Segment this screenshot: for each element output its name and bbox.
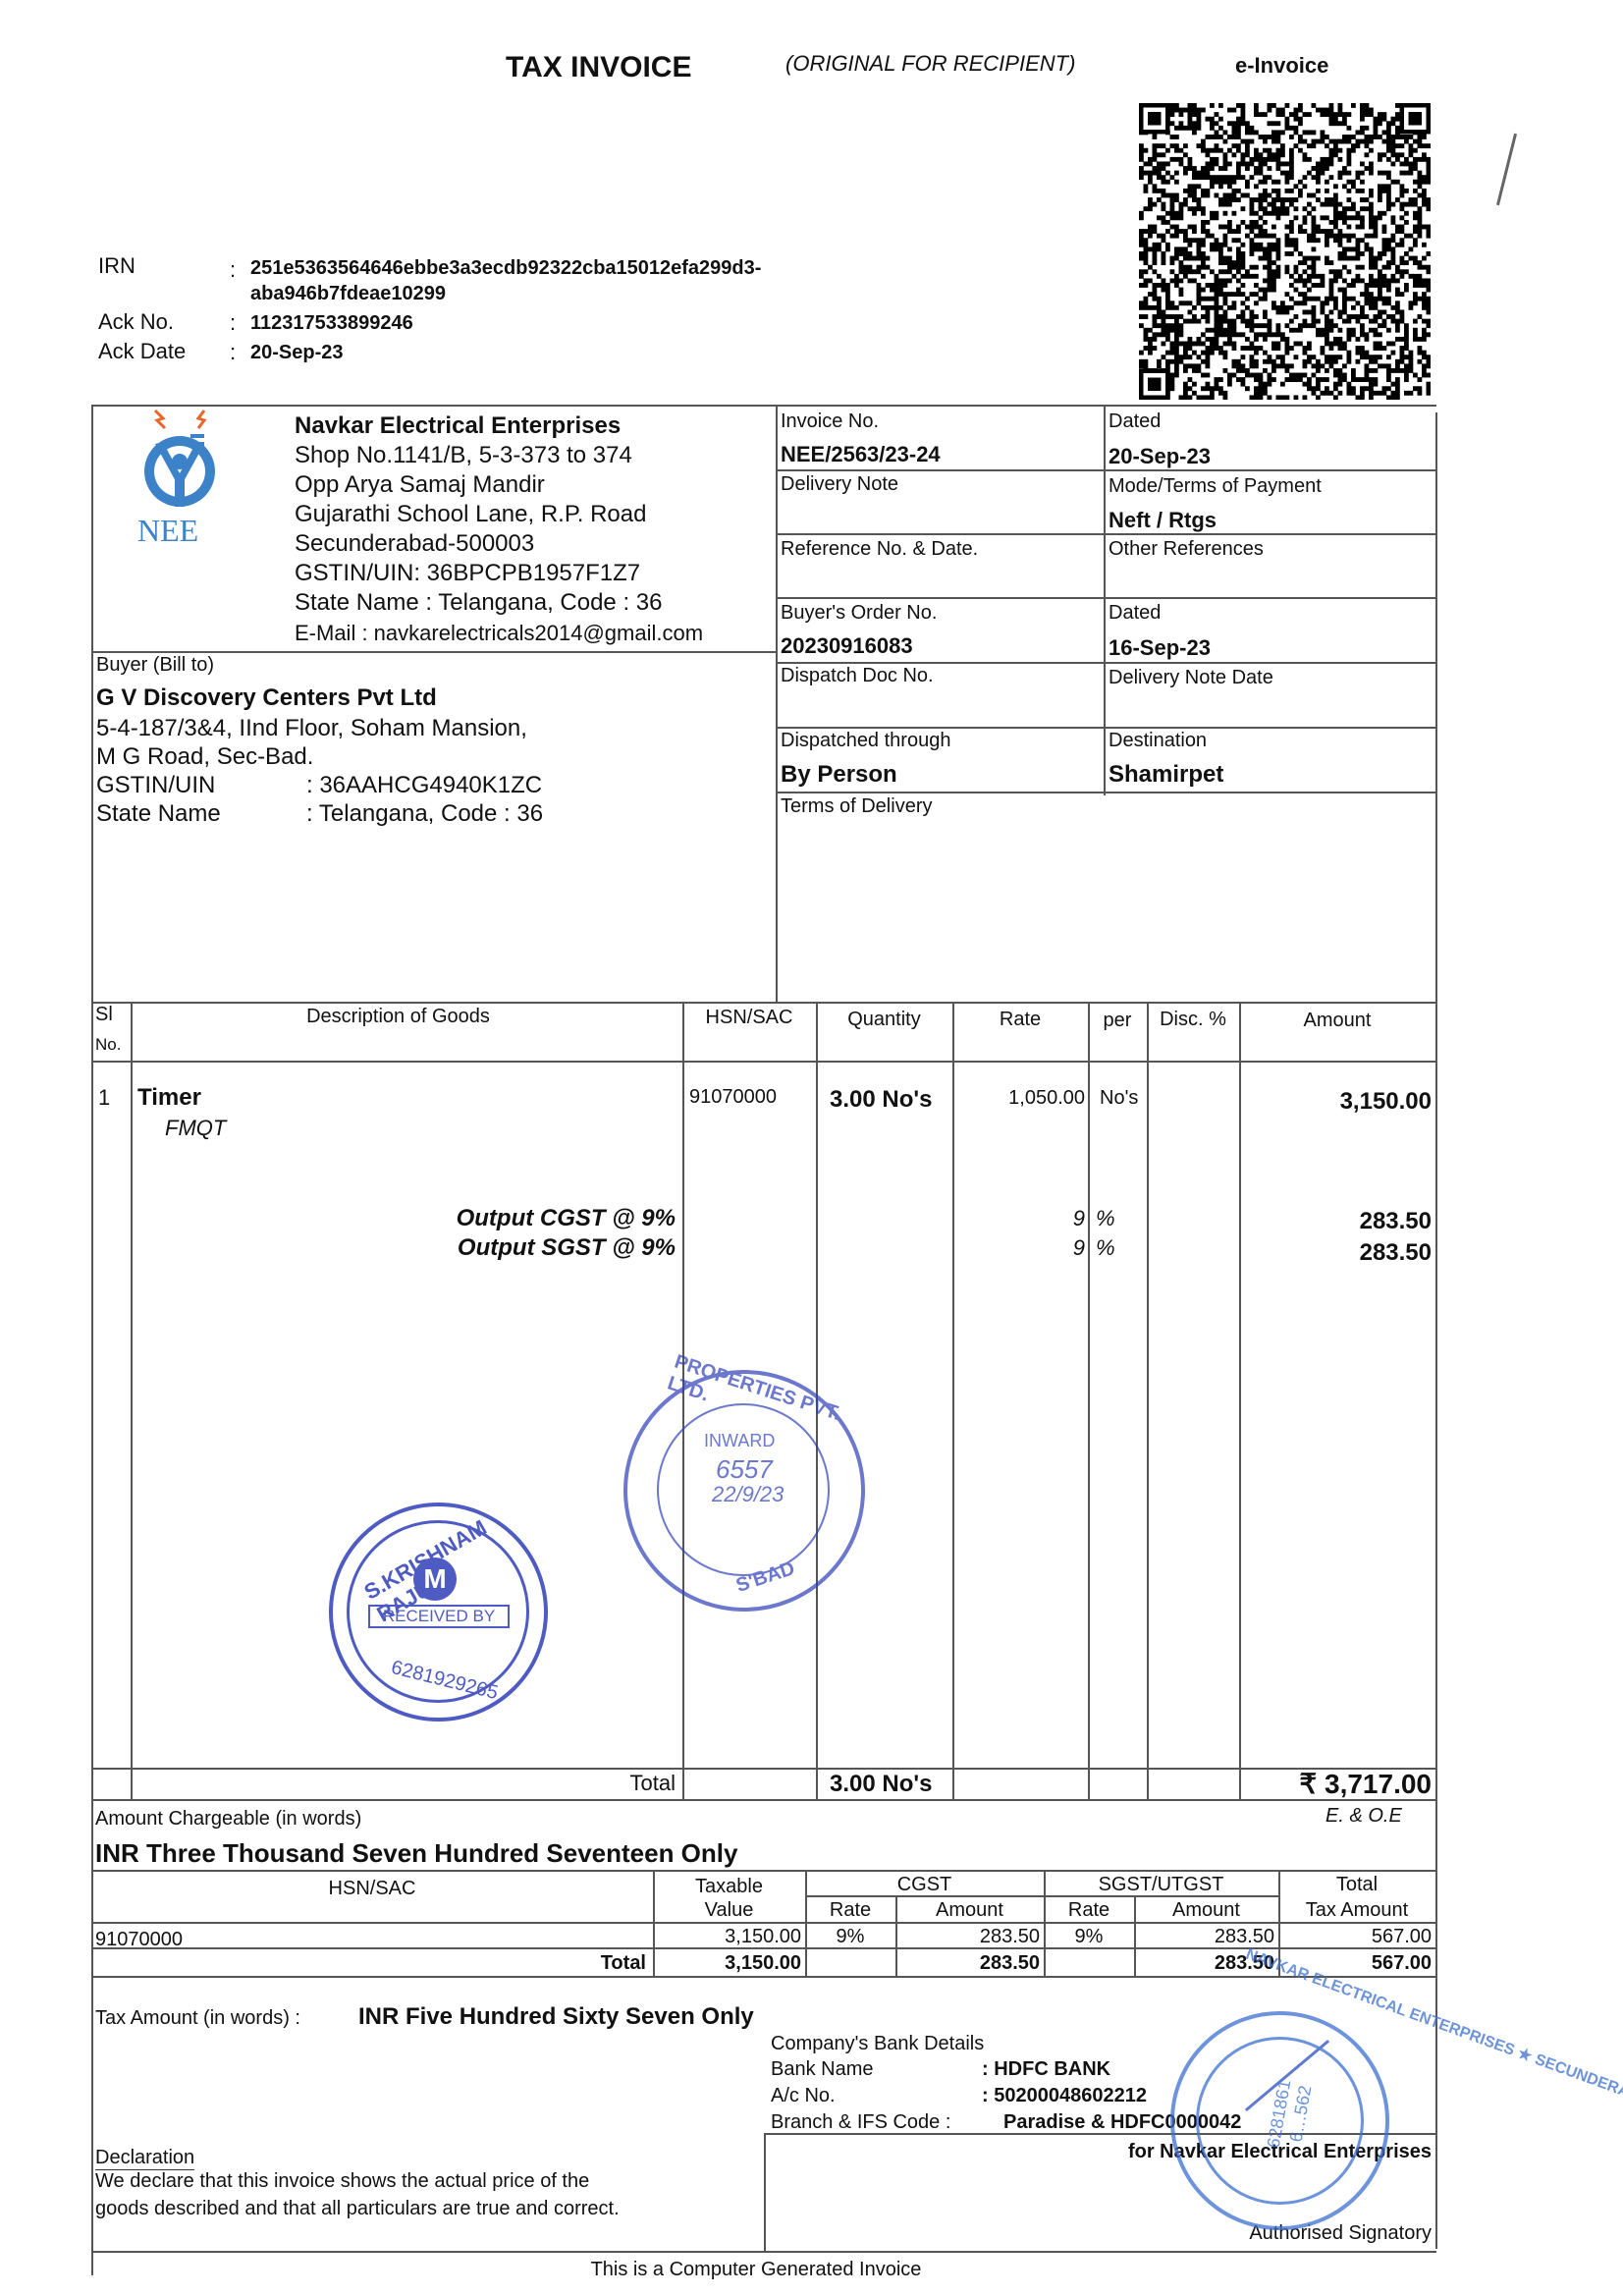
header-per: per [1088,1010,1147,1032]
irn-label: IRN [98,253,135,279]
details-mid-col [1104,405,1106,795]
seller-buyer-divider [91,651,776,653]
logo-text: NEE [137,513,198,549]
details-row-1 [776,469,1435,471]
seller-address-line3: Gujarathi School Lane, R.P. Road [295,501,646,528]
seller-gstin: GSTIN/UIN: 36BPCPB1957F1Z7 [295,560,640,587]
ts-header-taxable2: Value [653,1899,805,1922]
account-no-label: A/c No. [771,2085,836,2107]
ack-no-label: Ack No. [98,309,174,335]
ts-header-sgst: SGST/UTGST [1044,1874,1278,1896]
ack-no-value: 112317533899246 [250,312,413,335]
details-row-2 [776,533,1435,535]
terms-of-delivery-label: Terms of Delivery [781,795,932,818]
header-split [776,405,778,1002]
ts-row-taxable: 3,150.00 [653,1926,801,1948]
company-seal-stamp: NAVKAR ELECTRICAL ENTERPRISES ★ SECUNDER… [1170,2011,1389,2230]
items-total-bottom [91,1799,1436,1801]
details-row-5 [776,727,1435,729]
frame-right [1435,412,1437,2249]
stamp-received-middle: RECEIVED BY [368,1605,510,1628]
ts-header-total1: Total [1278,1874,1435,1896]
ts-row-hsn: 91070000 [95,1929,183,1951]
bank-name: : HDFC BANK [982,2058,1110,2081]
document-title: TAX INVOICE [506,51,691,84]
seller-name: Navkar Electrical Enterprises [295,412,621,440]
payment-label: Mode/Terms of Payment [1109,475,1322,498]
tax-cgst-rate: 9 [952,1206,1085,1231]
tax-sgst-label: Output SGST @ 9% [131,1234,676,1262]
ts-header-total2: Tax Amount [1278,1899,1435,1922]
col-qty [952,1002,954,1799]
buyer-name: G V Discovery Centers Pvt Ltd [96,684,437,712]
amount-in-words: INR Three Thousand Seven Hundred Sevente… [95,1838,737,1869]
declaration-title: Declaration [95,2147,194,2170]
irn-value-line1: 251e5363564646ebbe3a3ecdb92322cba15012ef… [250,257,761,280]
ts-row-sgst-rate: 9% [1044,1926,1134,1948]
items-total-amount: ₹ 3,717.00 [1239,1768,1432,1800]
payment-value: Neft / Rtgs [1109,508,1217,533]
ts-header-sgst-rate: Rate [1044,1899,1134,1922]
buyer-order-label: Buyer's Order No. [781,602,937,625]
dated-value: 20-Sep-23 [1109,444,1211,469]
tax-cgst-amount: 283.50 [1239,1208,1432,1235]
col-per [1147,1002,1149,1799]
frame-left [91,405,93,2275]
amount-words-label: Amount Chargeable (in words) [95,1808,361,1831]
declaration-text-line2: goods described and that all particulars… [95,2198,620,2220]
reference-label: Reference No. & Date. [781,538,978,561]
dispatch-doc-label: Dispatch Doc No. [781,665,934,687]
header-sl: Sl [95,1004,113,1026]
frame-top [91,405,1436,407]
declaration-text-line1: We declare that this invoice shows the a… [95,2170,589,2193]
order-dated-label: Dated [1109,602,1161,625]
items-header-top [91,1002,1436,1004]
tax-summary-bottom [91,1976,1436,1978]
ts-total-taxable: 3,150.00 [653,1952,801,1975]
header-disc: Disc. % [1147,1009,1239,1031]
buyer-order-no: 20230916083 [781,633,913,659]
ack-no-sep: : [230,310,236,336]
ts-header-taxable1: Taxable [653,1876,805,1898]
col-rate [1088,1002,1090,1799]
ack-date-sep: : [230,340,236,365]
buyer-address-line1: 5-4-187/3&4, IInd Floor, Soham Mansion, [96,715,527,742]
header-quantity: Quantity [816,1009,952,1031]
dispatched-through-label: Dispatched through [781,730,950,752]
ts-row-total-tax: 567.00 [1278,1926,1432,1948]
copy-label: (ORIGINAL FOR RECIPIENT) [785,51,1075,77]
ts-row-cgst-rate: 9% [805,1926,895,1948]
tax-in-words: INR Five Hundred Sixty Seven Only [358,2003,754,2031]
details-row-4 [776,662,1435,664]
ts-header-sgst-amount: Amount [1134,1899,1278,1922]
ts-header-cgst: CGST [805,1874,1044,1896]
destination-label: Destination [1109,730,1207,752]
received-by-stamp: S.KRISHNAM RAJU M RECEIVED BY 6281929265 [329,1503,548,1722]
pen-mark [1496,134,1517,205]
seller-state: State Name : Telangana, Code : 36 [295,589,662,617]
header-hsn: HSN/SAC [682,1007,816,1029]
seller-address-line1: Shop No.1141/B, 5-3-373 to 374 [295,442,632,469]
item-description: Timer [137,1084,201,1112]
col-sl [131,1002,133,1799]
seller-address-line4: Secunderabad-500003 [295,530,534,558]
item-per: No's [1100,1087,1138,1110]
seller-address-line2: Opp Arya Samaj Mandir [295,471,545,499]
stamp-inward-date: 22/9/23 [712,1482,784,1507]
authorised-signatory: Authorised Signatory [776,2222,1432,2245]
dispatched-through-value: By Person [781,761,897,789]
bank-name-label: Bank Name [771,2058,874,2081]
stamp-inward-number: 6557 [716,1454,773,1485]
tax-summary-top [91,1870,1436,1872]
ack-date-value: 20-Sep-23 [250,342,344,364]
eoe-label: E. & O.E [1325,1805,1402,1828]
item-quantity: 3.00 No's [830,1086,932,1114]
footer-note: This is a Computer Generated Invoice [0,2259,1512,2281]
tax-sgst-rate: 9 [952,1235,1085,1261]
einvoice-label: e-Invoice [1235,53,1328,79]
irn-sep: : [230,257,236,283]
item-hsn: 91070000 [689,1086,777,1109]
qr-code-icon [1139,103,1431,400]
header-description: Description of Goods [131,1006,666,1028]
ts-header-cgst-rate: Rate [805,1899,895,1922]
destination-value: Shamirpet [1109,761,1223,789]
tax-cgst-per: % [1096,1206,1115,1231]
tax-words-label: Tax Amount (in words) : [95,2007,300,2030]
items-total-quantity: 3.00 No's [830,1771,932,1798]
ts-total-label: Total [91,1952,646,1975]
header-rate: Rate [952,1009,1088,1031]
tax-summary-header-bottom [91,1922,1436,1924]
buyer-gstin-label: GSTIN/UIN [96,772,215,799]
stamp-inward-center: INWARD [704,1431,775,1451]
ts-total-cgst: 283.50 [895,1952,1040,1975]
ts-row-cgst-amount: 283.50 [895,1926,1040,1948]
branch-ifsc-label: Branch & IFS Code : [771,2111,950,2134]
bank-title: Company's Bank Details [771,2033,984,2055]
signature-box-left [764,2133,766,2251]
seller-email: E-Mail : navkarelectricals2014@gmail.com [295,621,703,646]
buyer-state-label: State Name [96,800,221,828]
item-rate: 1,050.00 [952,1087,1085,1110]
dated-label: Dated [1109,410,1161,433]
account-no: : 50200048602212 [982,2085,1147,2107]
details-row-6 [776,792,1435,793]
items-total-label: Total [131,1771,676,1796]
item-sl: 1 [98,1085,110,1111]
delivery-note-label: Delivery Note [781,473,898,496]
ts-header-hsn: HSN/SAC [91,1878,653,1900]
details-row-3 [776,597,1435,599]
ts-header-cgst-amount: Amount [895,1899,1044,1922]
tax-sgst-amount: 283.50 [1239,1239,1432,1267]
tax-cgst-label: Output CGST @ 9% [131,1205,676,1232]
invoice-no-label: Invoice No. [781,410,879,433]
other-references-label: Other References [1109,538,1264,561]
ack-date-label: Ack Date [98,339,186,364]
tax-sgst-per: % [1096,1235,1115,1261]
irn-value-line2: aba946b7fdeae10299 [250,283,446,305]
item-subdescription: FMQT [165,1116,226,1141]
frame-bottom [91,2251,1436,2253]
invoice-no: NEE/2563/23-24 [781,442,941,467]
header-amount: Amount [1239,1010,1435,1032]
buyer-label: Buyer (Bill to) [96,654,214,677]
buyer-state: : Telangana, Code : 36 [306,800,543,828]
inward-stamp: PROPERTIES PVT. LTD. INWARD 6557 22/9/23… [623,1370,865,1612]
col-disc [1239,1002,1241,1799]
delivery-note-date-label: Delivery Note Date [1109,667,1273,689]
items-total-top [91,1768,1436,1770]
items-header-bottom [91,1061,1436,1063]
buyer-address-line2: M G Road, Sec-Bad. [96,743,313,771]
order-dated-value: 16-Sep-23 [1109,635,1211,661]
item-amount: 3,150.00 [1239,1088,1432,1116]
header-sl-no: No. [95,1035,121,1055]
buyer-gstin: : 36AAHCG4940K1ZC [306,772,542,799]
stamp-m-logo-icon: M [413,1558,457,1601]
